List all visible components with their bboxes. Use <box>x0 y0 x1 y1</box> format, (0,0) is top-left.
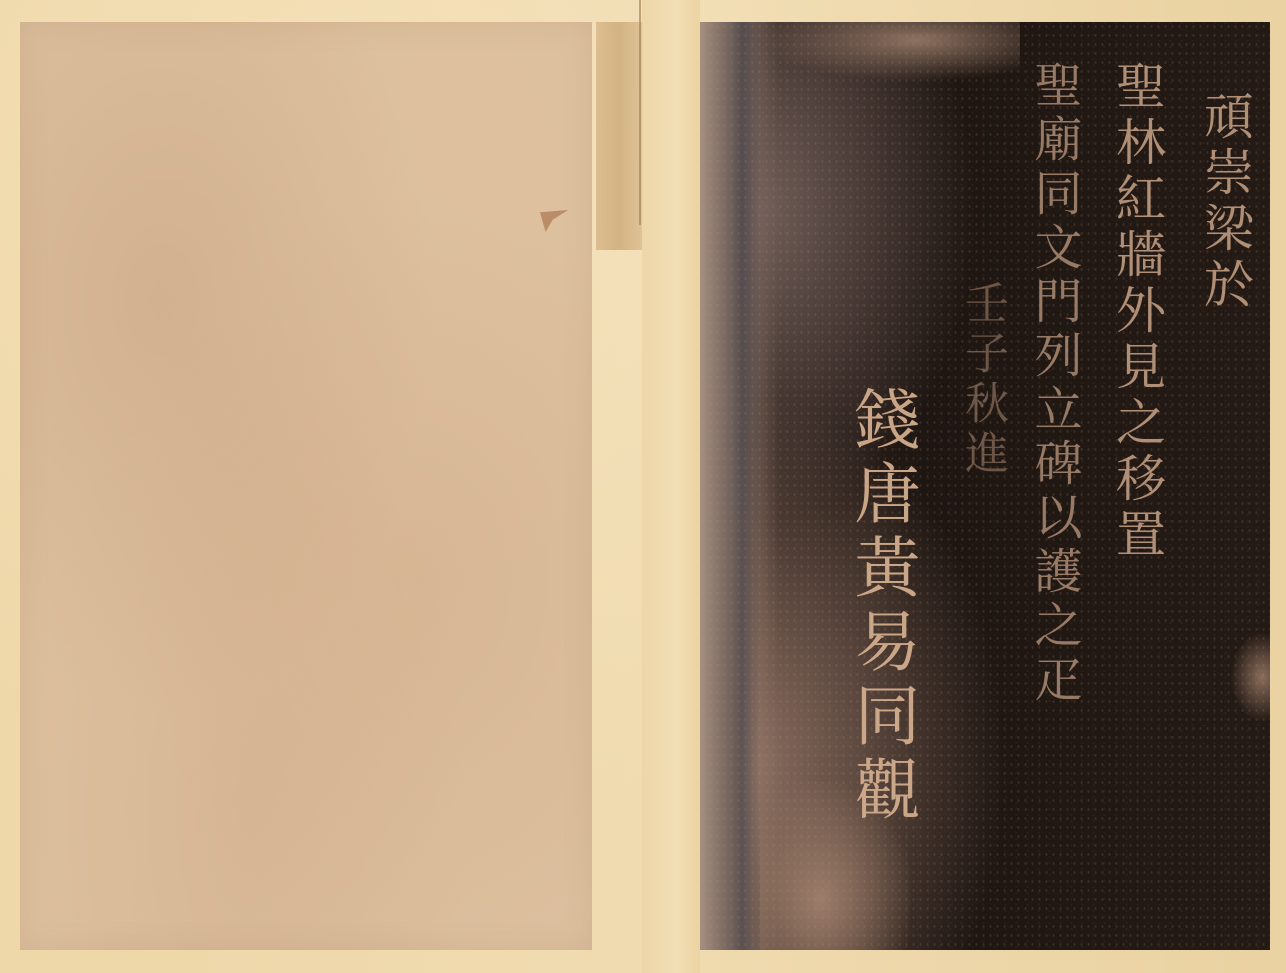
inscription-column-1: 頑崇梁於 <box>1200 90 1250 314</box>
paper-stain <box>540 210 568 232</box>
inscription-column-4: 壬子秋進 <box>960 280 1004 480</box>
inscription-column-3: 聖廟同文門列立碑以護之疋 <box>1030 60 1078 708</box>
gutter-strip <box>596 22 642 250</box>
album-spread: 頑崇梁於 聖林紅牆外見之移置 聖廟同文門列立碑以護之疋 壬子秋進 錢唐黃易同觀 <box>0 0 1286 973</box>
signature-column: 錢唐黃易同觀 <box>848 385 914 829</box>
mounting-strip <box>642 0 700 973</box>
ink-rubbing-panel <box>700 22 1270 950</box>
inscription-column-2: 聖林紅牆外見之移置 <box>1112 60 1162 564</box>
ink-grain-texture <box>700 22 1270 950</box>
blank-mounting-leaf <box>20 22 592 950</box>
fold-line <box>639 0 641 225</box>
